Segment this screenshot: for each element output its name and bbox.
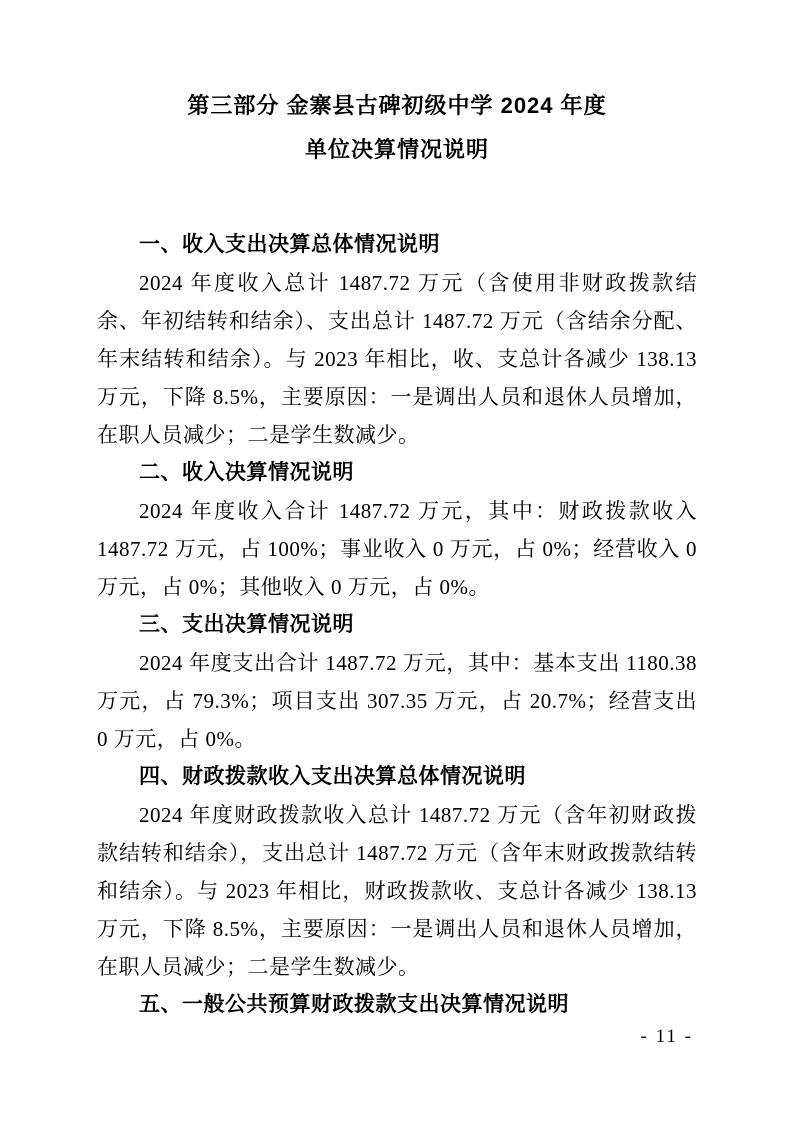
section-heading: 四、财政拨款收入支出决算总体情况说明 xyxy=(97,758,697,796)
section-paragraph: 2024 年度收入总计 1487.72 万元（含使用非财政拨款结余、年初结转和结… xyxy=(97,264,697,454)
document-page: 第三部分 金寨县古碑初级中学 2024 年度 单位决算情况说明 一、收入支出决算… xyxy=(0,0,793,1122)
section-paragraph: 2024 年度支出合计 1487.72 万元，其中：基本支出 1180.38 万… xyxy=(97,644,697,758)
document-section: 二、收入决算情况说明 2024 年度收入合计 1487.72 万元，其中：财政拨… xyxy=(97,454,697,606)
document-title-line2: 单位决算情况说明 xyxy=(97,128,697,172)
section-heading: 一、收入支出决算总体情况说明 xyxy=(97,226,697,264)
document-header: 第三部分 金寨县古碑初级中学 2024 年度 单位决算情况说明 xyxy=(97,84,697,172)
document-section: 一、收入支出决算总体情况说明 2024 年度收入总计 1487.72 万元（含使… xyxy=(97,226,697,454)
section-heading: 二、收入决算情况说明 xyxy=(97,454,697,492)
page-number: - 11 - xyxy=(641,1026,693,1048)
section-paragraph: 2024 年度收入合计 1487.72 万元，其中：财政拨款收入 1487.72… xyxy=(97,492,697,606)
section-heading: 五、一般公共预算财政拨款支出决算情况说明 xyxy=(97,986,697,1024)
document-section: 四、财政拨款收入支出决算总体情况说明 2024 年度财政拨款收入总计 1487.… xyxy=(97,758,697,986)
document-title-line1: 第三部分 金寨县古碑初级中学 2024 年度 xyxy=(97,84,697,128)
document-body: 一、收入支出决算总体情况说明 2024 年度收入总计 1487.72 万元（含使… xyxy=(97,226,697,1024)
section-heading: 三、支出决算情况说明 xyxy=(97,606,697,644)
section-paragraph: 2024 年度财政拨款收入总计 1487.72 万元（含年初财政拨款结转和结余）… xyxy=(97,796,697,986)
document-section: 三、支出决算情况说明 2024 年度支出合计 1487.72 万元，其中：基本支… xyxy=(97,606,697,758)
document-section: 五、一般公共预算财政拨款支出决算情况说明 xyxy=(97,986,697,1024)
